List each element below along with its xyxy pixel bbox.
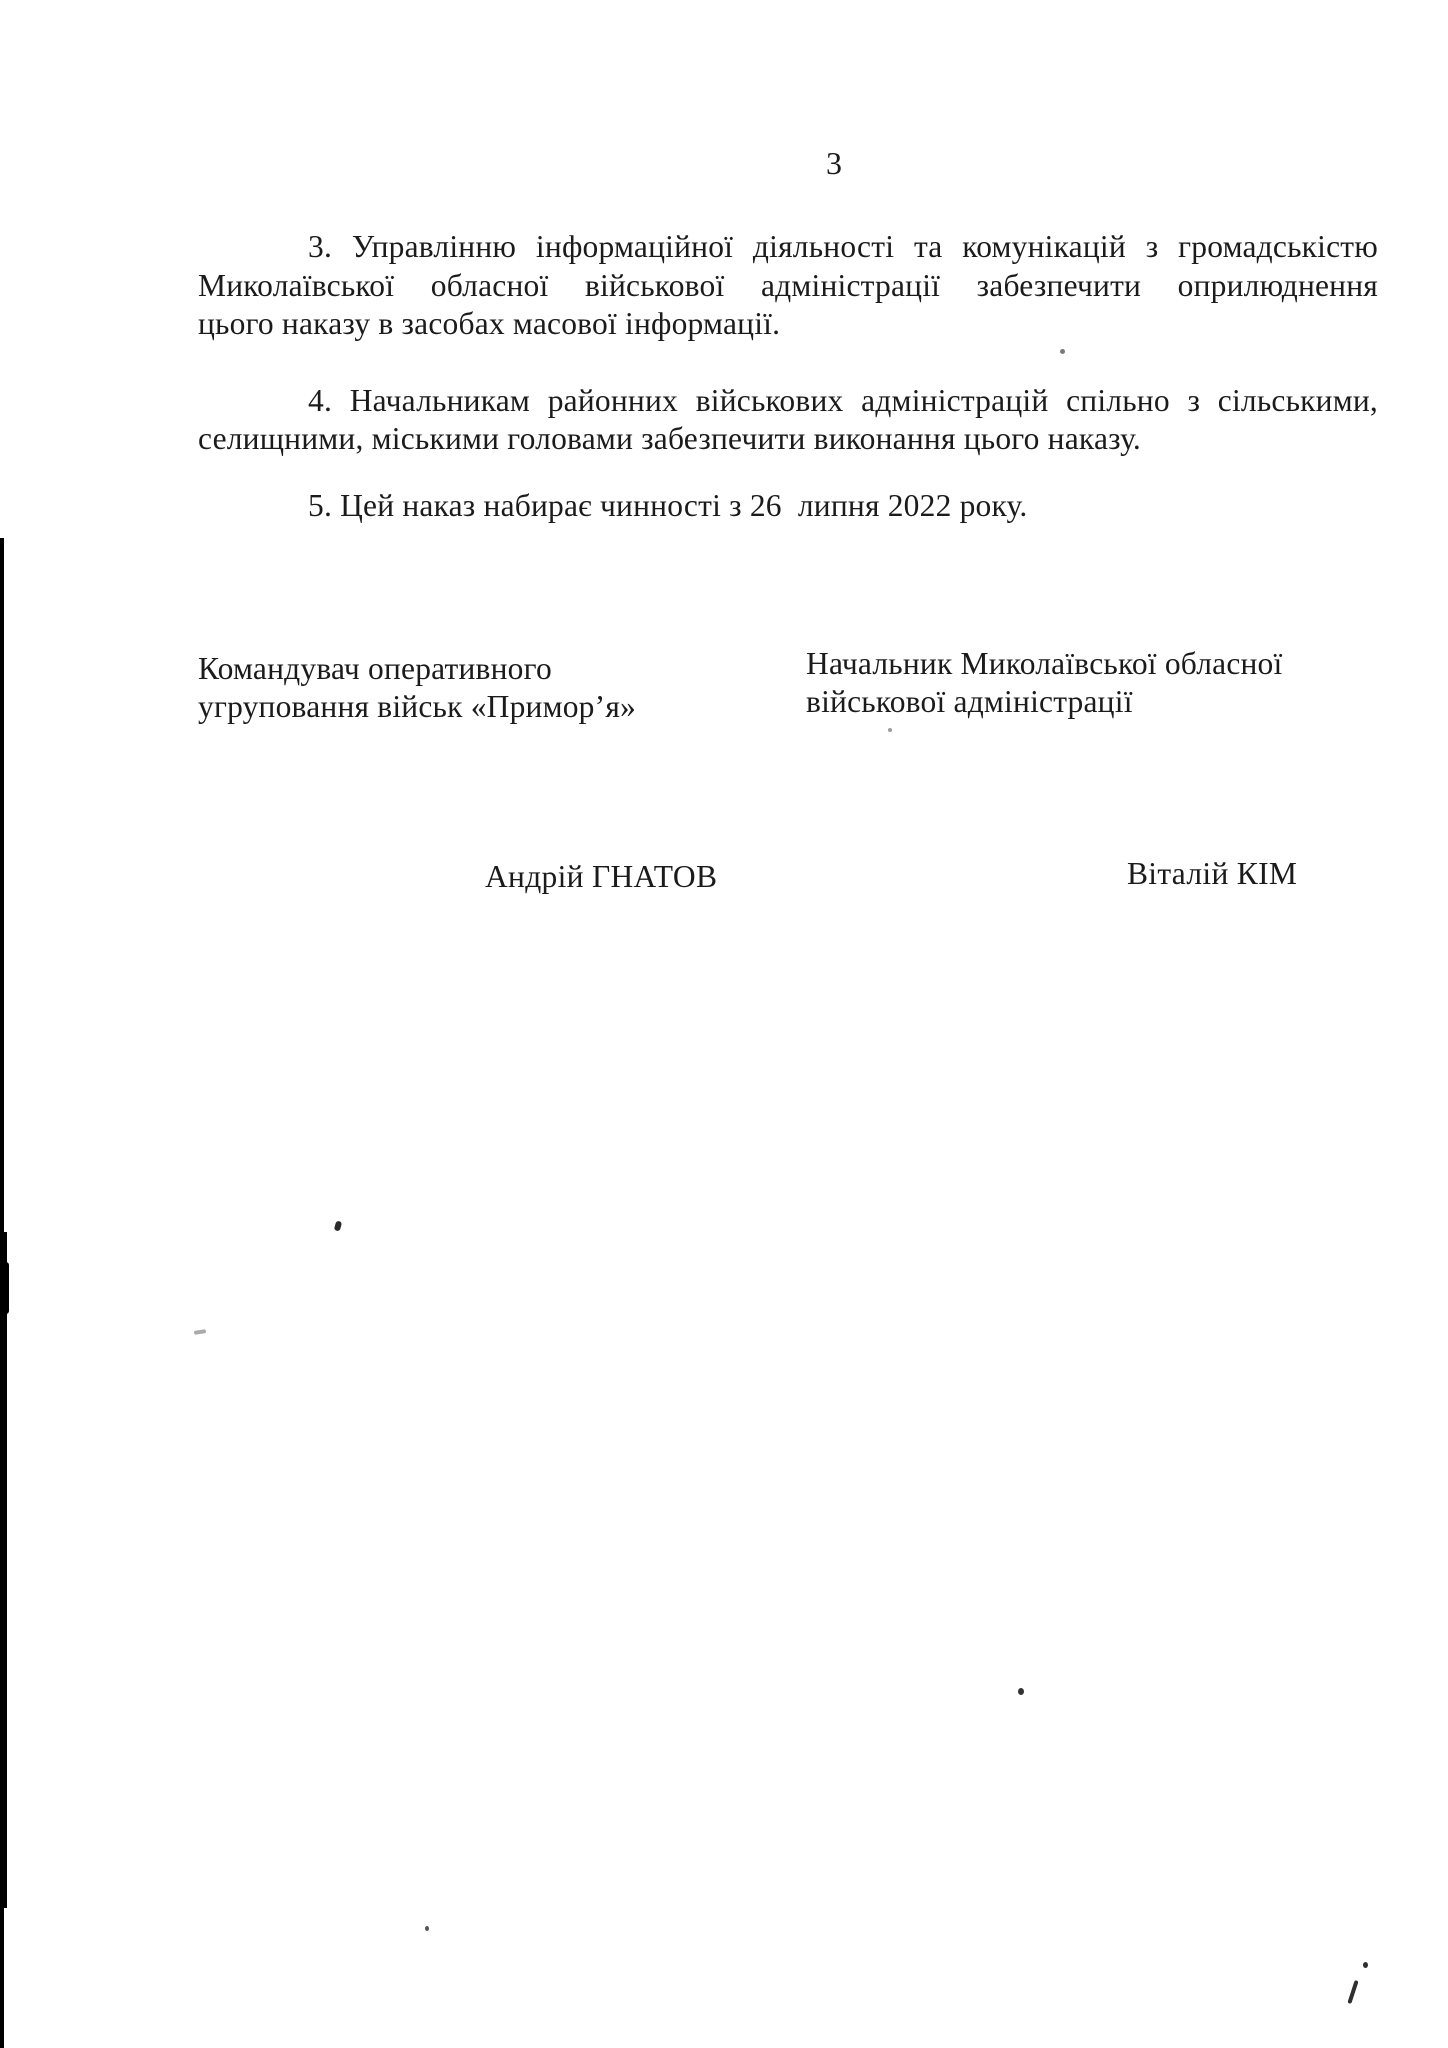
text-line: селищними, міськими головами забезпечити… <box>198 420 1378 459</box>
scan-speck <box>425 1926 429 1931</box>
order-paragraph-4: 4. Начальникам районних військових адмін… <box>198 382 1378 459</box>
text-line: 3. Управлінню інформаційної діяльності т… <box>198 228 1378 267</box>
scan-artifact-bar <box>0 1908 4 2048</box>
signatory-name-right: Віталій КІМ <box>1127 855 1297 893</box>
scan-speck <box>1060 349 1065 354</box>
text-line: 4. Начальникам районних військових адмін… <box>198 382 1378 421</box>
document-body: 3. Управлінню інформаційної діяльності т… <box>198 228 1378 525</box>
signature-title-right: Начальник Миколаївської обласної військо… <box>806 645 1406 720</box>
document-page: 3 3. Управлінню інформаційної діяльності… <box>0 0 1448 2048</box>
signature-title-left: Командувач оперативного угруповання війс… <box>198 650 758 725</box>
signatory-name-left: Андрій ГНАТОВ <box>485 858 717 896</box>
scan-speck <box>334 1220 343 1231</box>
order-paragraph-3: 3. Управлінню інформаційної діяльності т… <box>198 228 1378 344</box>
text-line: угруповання військ «Примор’я» <box>198 688 758 726</box>
scan-artifact-bar <box>0 538 4 1232</box>
scan-artifact-bar <box>0 1262 9 1314</box>
scan-speck <box>194 1329 206 1335</box>
scan-speck <box>888 728 892 732</box>
scan-speck <box>1363 1962 1368 1968</box>
page-number: 3 <box>826 144 842 182</box>
scan-speck <box>1347 1980 1358 2004</box>
order-paragraph-5: 5. Цей наказ набирає чинності з 26 липня… <box>198 487 1378 526</box>
text-line: Миколаївської обласної військової адміні… <box>198 267 1378 306</box>
scan-artifact-bar <box>0 1232 7 1908</box>
text-line: Начальник Миколаївської обласної <box>806 645 1406 683</box>
text-line: цього наказу в засобах масової інформаці… <box>198 305 1378 344</box>
text-line: Командувач оперативного <box>198 650 758 688</box>
text-line: 5. Цей наказ набирає чинності з 26 липня… <box>198 487 1378 526</box>
text-line: військової адміністрації <box>806 683 1406 721</box>
scan-speck <box>1018 1688 1024 1695</box>
